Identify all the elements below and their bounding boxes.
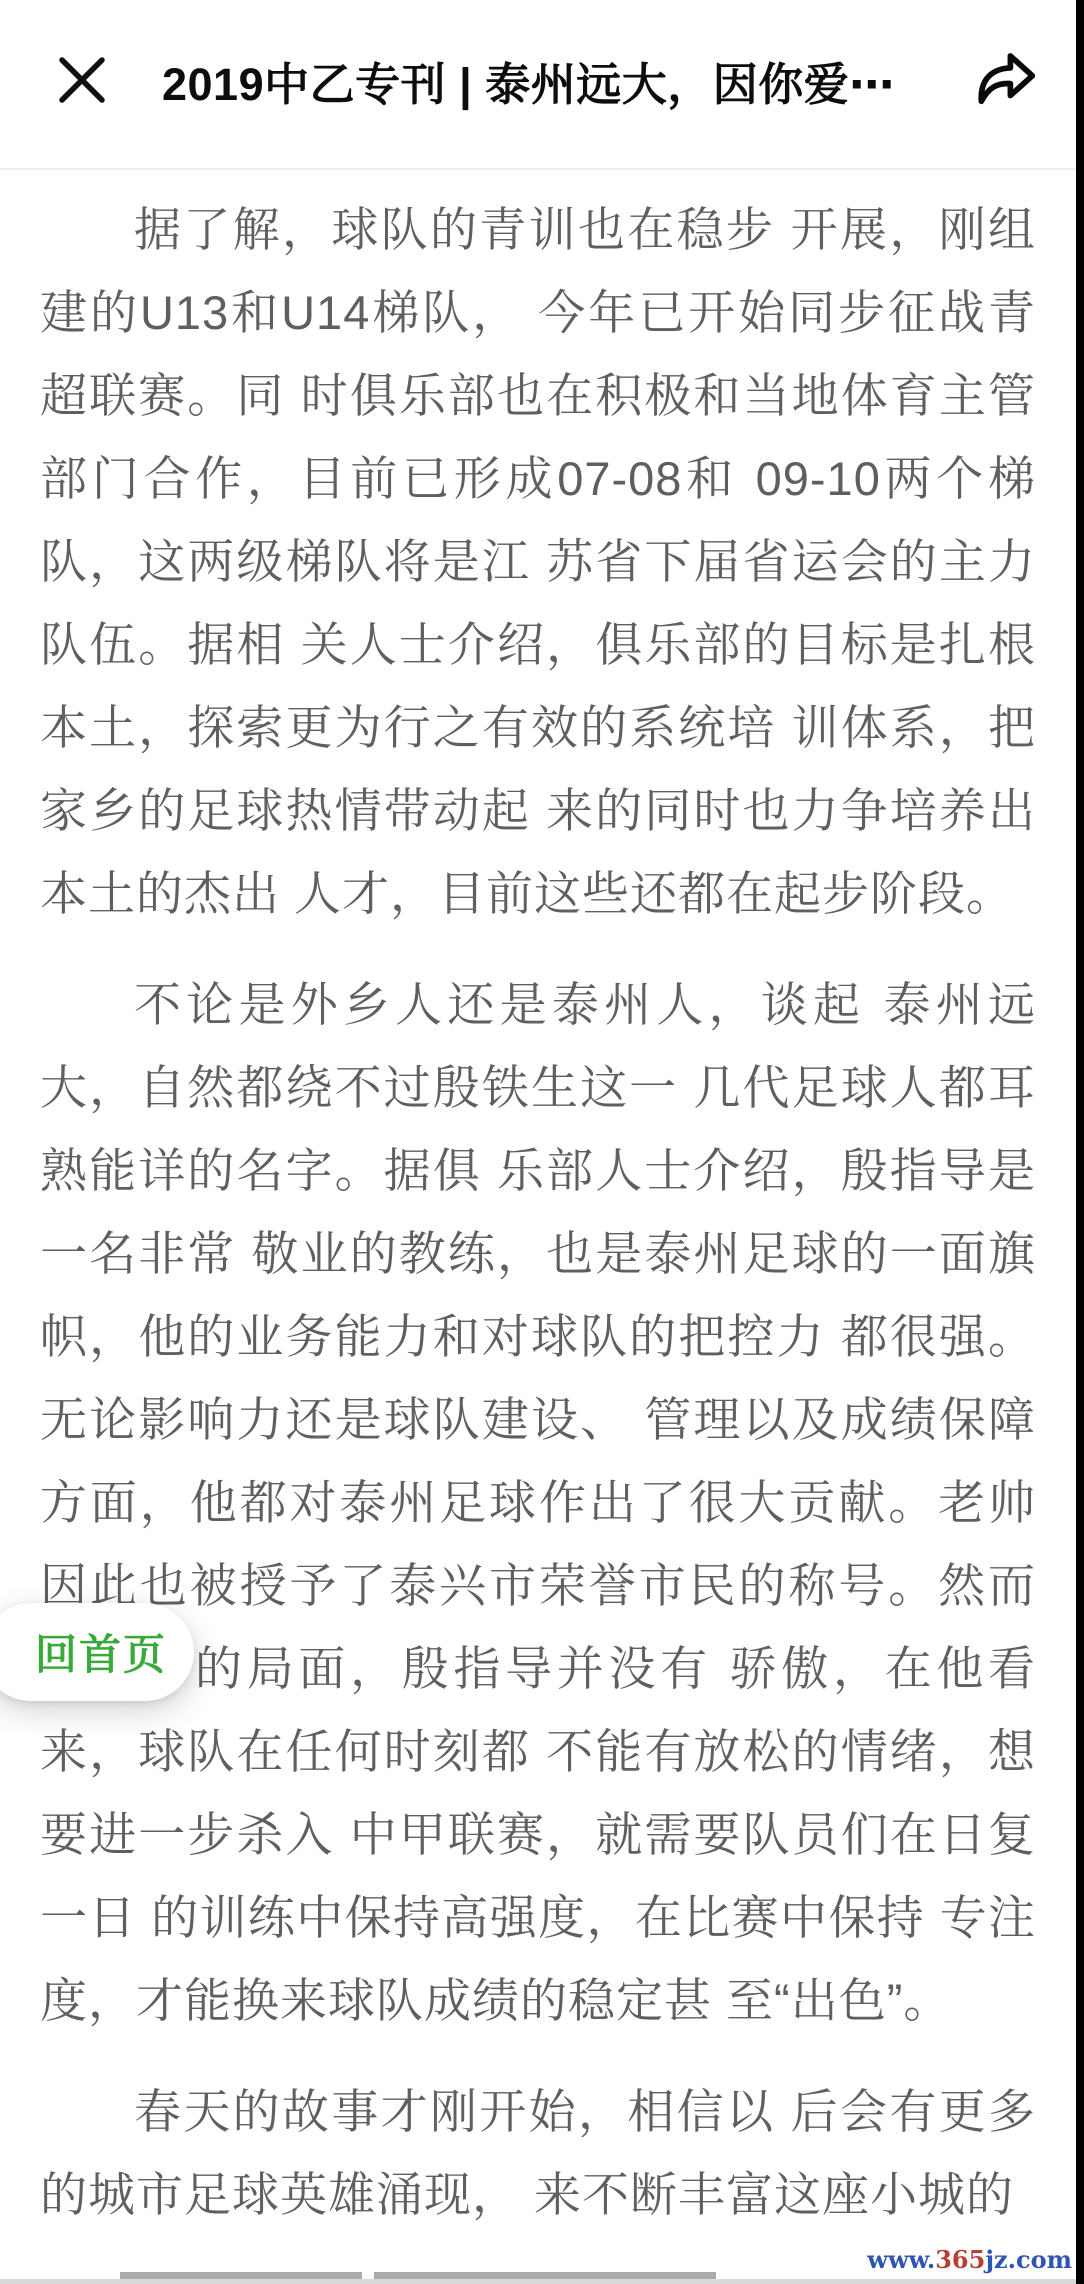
back-home-button[interactable]: 回首页 bbox=[0, 1603, 194, 1701]
share-forward-icon bbox=[970, 47, 1038, 113]
app-screen: 2019中乙专刊 | 泰州远大，因你爱⋯ 据了解，球队的青训也在稳步 开展，刚组… bbox=[0, 0, 1084, 2284]
watermark-number: 365 bbox=[935, 2245, 985, 2274]
screen-edge-strip bbox=[1076, 0, 1084, 2284]
close-icon bbox=[56, 54, 108, 106]
article-body: 据了解，球队的青训也在稳步 开展，刚组建的U13和U14梯队， 今年已开始同步征… bbox=[0, 172, 1076, 2264]
article-paragraph: 据了解，球队的青训也在稳步 开展，刚组建的U13和U14梯队， 今年已开始同步征… bbox=[40, 188, 1036, 935]
close-button[interactable] bbox=[50, 48, 114, 112]
share-button[interactable] bbox=[968, 44, 1040, 116]
watermark-suffix: jz.com bbox=[985, 2245, 1072, 2274]
site-watermark: www.365jz.com bbox=[867, 2245, 1072, 2274]
bottom-cut-strip bbox=[0, 2279, 1076, 2284]
page-title: 2019中乙专刊 | 泰州远大，因你爱⋯ bbox=[162, 48, 958, 113]
navbar: 2019中乙专刊 | 泰州远大，因你爱⋯ bbox=[0, 0, 1076, 170]
article-paragraph: 不论是外乡人还是泰州人，谈起 泰州远大，自然都绕不过殷铁生这一 几代足球人都耳熟… bbox=[40, 963, 1036, 2042]
article-paragraph: 春天的故事才刚开始，相信以 后会有更多的城市足球英雄涌现， 来不断丰富这座小城的 bbox=[40, 2070, 1036, 2236]
navbar-row: 2019中乙专刊 | 泰州远大，因你爱⋯ bbox=[50, 38, 1040, 122]
back-home-label: 回首页 bbox=[35, 1622, 167, 1682]
watermark-prefix: www. bbox=[867, 2245, 935, 2274]
